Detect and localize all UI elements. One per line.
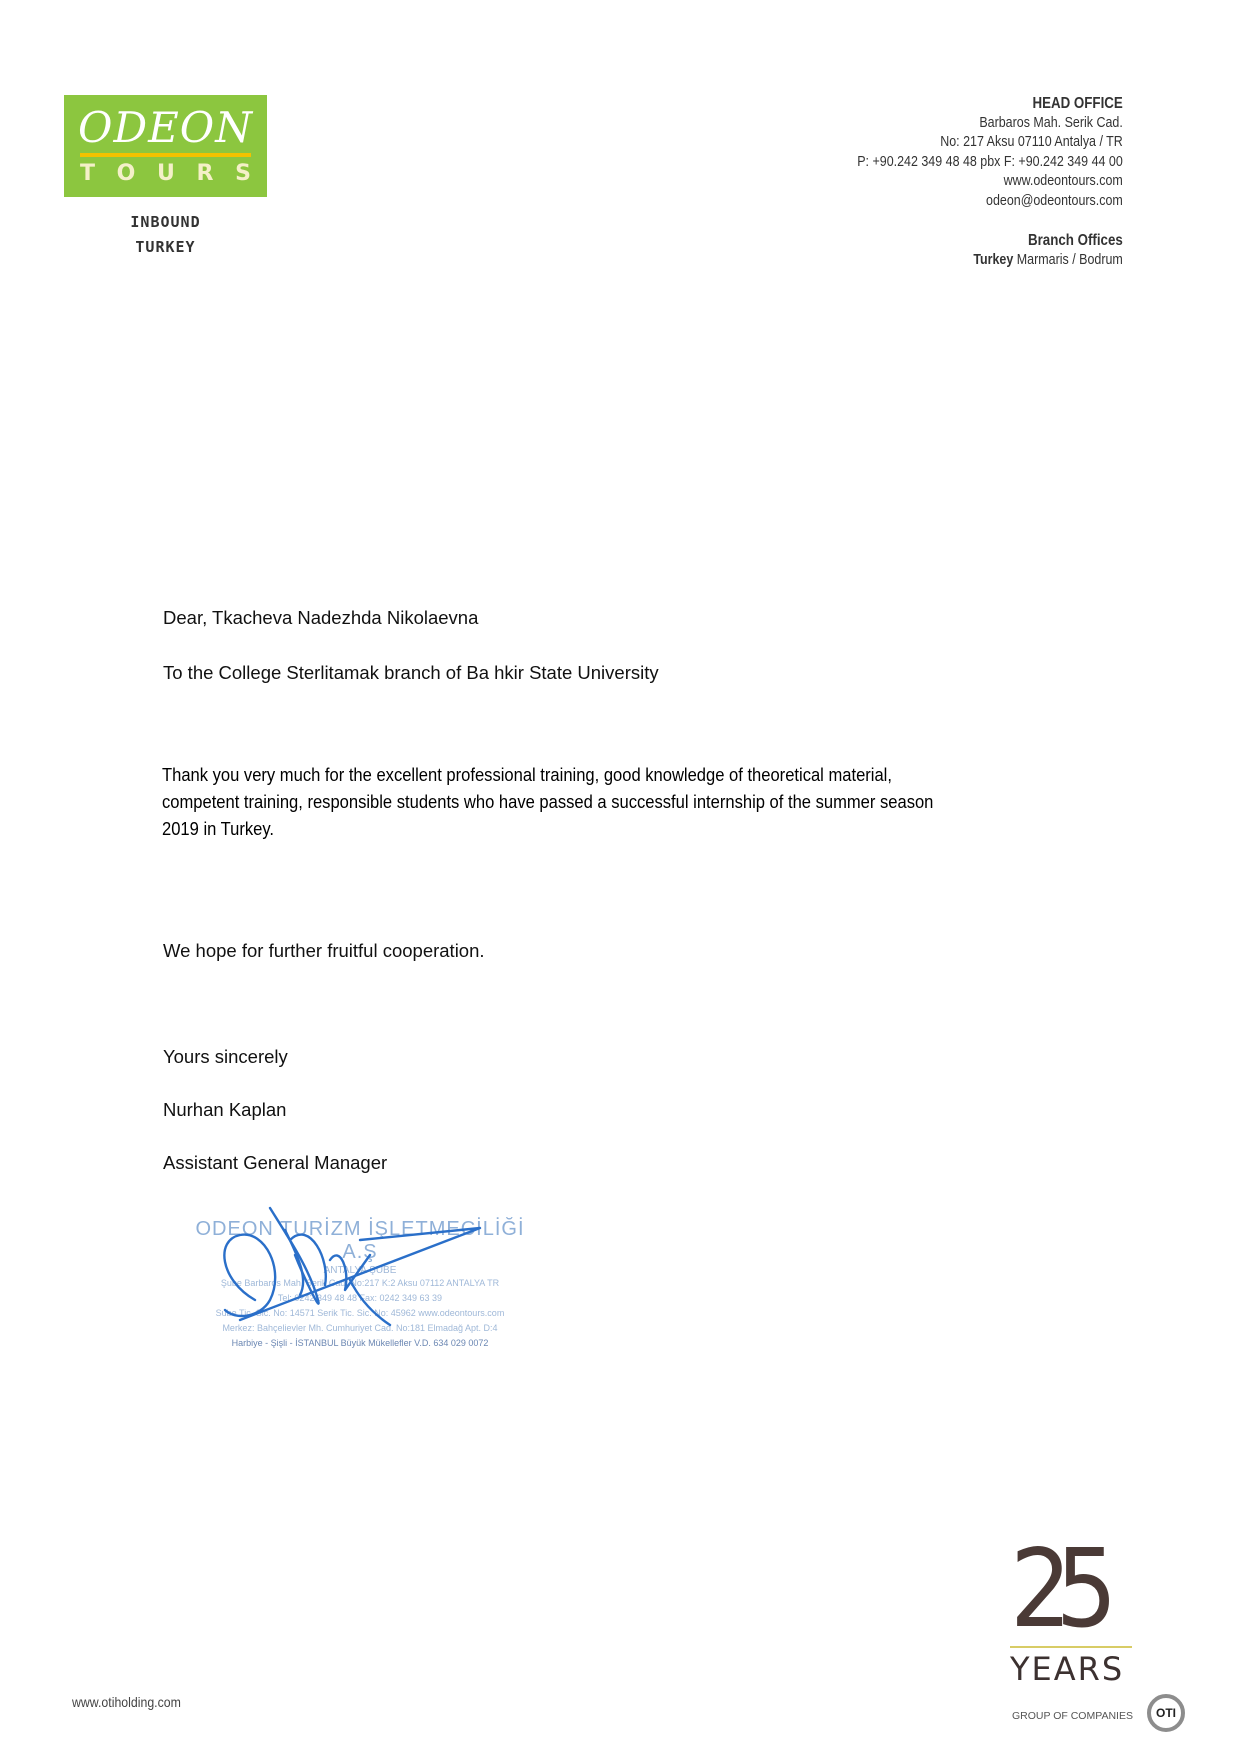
oti-logo-icon: OTI [1147, 1694, 1185, 1732]
odeon-tours-logo: ODEON T O U R S [64, 95, 267, 197]
website-link[interactable]: www.odeontours.com [857, 172, 1123, 192]
recipient: To the College Sterlitamak branch of Ba … [163, 662, 659, 684]
email-link[interactable]: odeon@odeontours.com [857, 192, 1123, 212]
head-office-title: HEAD OFFICE [857, 94, 1123, 114]
branch-cities: Marmaris / Bodrum [1017, 252, 1123, 268]
anniversary-word: YEARS [1010, 1650, 1140, 1688]
body-line: 2019 in Turkey. [162, 816, 1128, 843]
footer-website-link[interactable]: www.otiholding.com [72, 1694, 181, 1710]
logo-letter: R [197, 161, 214, 186]
logo-letter: O [117, 161, 136, 186]
anniversary-number: 25 [1010, 1540, 1127, 1640]
closing: Yours sincerely [163, 1046, 288, 1068]
signature-icon [200, 1200, 520, 1340]
branch-offices-line: Turkey Marmaris / Bodrum [857, 251, 1123, 271]
oti-logo-text: OTI [1156, 1706, 1176, 1720]
logo-divider [80, 153, 251, 157]
salutation: Dear, Tkacheva Nadezhda Nikolaevna [163, 607, 478, 629]
branch-offices-title: Branch Offices [857, 231, 1123, 251]
closing-wish: We hope for further fruitful cooperation… [163, 940, 485, 962]
anniversary-mark: 25 YEARS [1010, 1540, 1140, 1688]
logo-letter: T [80, 161, 95, 186]
body-line: Thank you very much for the excellent pr… [162, 762, 1128, 789]
letter-body: Thank you very much for the excellent pr… [162, 762, 1128, 843]
logo-letter: U [157, 161, 175, 186]
group-of-companies-label: GROUP OF COMPANIES [1012, 1710, 1133, 1722]
body-line: competent training, responsible students… [162, 789, 1128, 816]
head-office-block: HEAD OFFICE Barbaros Mah. Serik Cad. No:… [857, 94, 1123, 270]
signer-name: Nurhan Kaplan [163, 1099, 286, 1121]
address-line-1: Barbaros Mah. Serik Cad. [857, 114, 1123, 134]
logo-wordmark: ODEON [64, 105, 267, 151]
address-line-2: No: 217 Aksu 07110 Antalya / TR [857, 133, 1123, 153]
logo-subtitle: T O U R S [80, 161, 251, 186]
phone-fax: P: +90.242 349 48 48 pbx F: +90.242 349 … [857, 153, 1123, 173]
signer-title: Assistant General Manager [163, 1152, 387, 1174]
logo-tagline-inbound: INBOUND [64, 213, 267, 231]
logo-letter: S [235, 161, 251, 186]
logo-tagline-turkey: TURKEY [64, 238, 267, 256]
branch-country: Turkey [974, 252, 1014, 268]
